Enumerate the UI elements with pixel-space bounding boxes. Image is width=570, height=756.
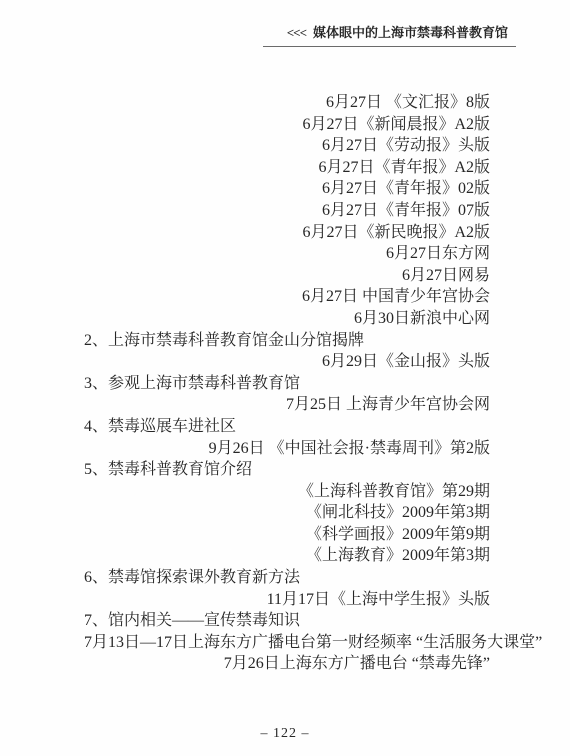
book-page: <<<媒体眼中的上海市禁毒科普教育馆 6月27日 《文汇报》8版 6月27日《新…: [0, 0, 570, 756]
citation-line: 6月27日《青年报》07版: [84, 200, 490, 222]
media-coverage-list: 6月27日 《文汇报》8版 6月27日《新闻晨报》A2版 6月27日《劳动报》头…: [84, 92, 490, 675]
citation-line: 6月27日《新闻晨报》A2版: [84, 114, 490, 136]
citation-line: 9月26日 《中国社会报·禁毒周刊》第2版: [84, 438, 490, 460]
citation-line: 6月27日 中国青少年宫协会: [84, 286, 490, 308]
citation-line: 《上海教育》2009年第3期: [84, 545, 490, 567]
page-number: – 122 –: [261, 726, 310, 741]
item-title: 7、馆内相关——宣传禁毒知识: [84, 610, 490, 632]
citation-line: 6月27日《青年报》A2版: [84, 157, 490, 179]
citation-line: 《上海科普教育馆》第29期: [84, 481, 490, 503]
citation-line: 6月27日《青年报》02版: [84, 178, 490, 200]
citation-line: 11月17日《上海中学生报》头版: [84, 589, 490, 611]
item-title: 5、禁毒科普教育馆介绍: [84, 459, 490, 481]
citation-line: 6月30日新浪中心网: [84, 308, 490, 330]
citation-line: 7月13日—17日上海东方广播电台第一财经频率 “生活服务大课堂”: [84, 632, 490, 654]
citation-line: 6月27日《劳动报》头版: [84, 135, 490, 157]
citation-line: 7月26日上海东方广播电台 “禁毒先锋”: [84, 653, 490, 675]
citation-line: 《科学画报》2009年第9期: [84, 524, 490, 546]
citation-line: 6月27日《新民晚报》A2版: [84, 222, 490, 244]
page-header: <<<媒体眼中的上海市禁毒科普教育馆: [263, 25, 516, 47]
header-chevrons-icon: <<<: [287, 25, 306, 40]
item-title: 6、禁毒馆探索课外教育新方法: [84, 567, 490, 589]
citation-line: 7月25日 上海青少年宫协会网: [84, 394, 490, 416]
citation-line: 6月27日网易: [84, 265, 490, 287]
citation-line: 6月27日 《文汇报》8版: [84, 92, 490, 114]
item-title: 2、上海市禁毒科普教育馆金山分馆揭牌: [84, 330, 490, 352]
citation-line: 6月27日东方网: [84, 243, 490, 265]
citation-line: 《闸北科技》2009年第3期: [84, 502, 490, 524]
item-title: 3、参观上海市禁毒科普教育馆: [84, 373, 490, 395]
header-title: 媒体眼中的上海市禁毒科普教育馆: [313, 25, 508, 40]
item-title: 4、禁毒巡展车进社区: [84, 416, 490, 438]
citation-line: 6月29日《金山报》头版: [84, 351, 490, 373]
page-footer: – 122 –: [0, 726, 570, 742]
